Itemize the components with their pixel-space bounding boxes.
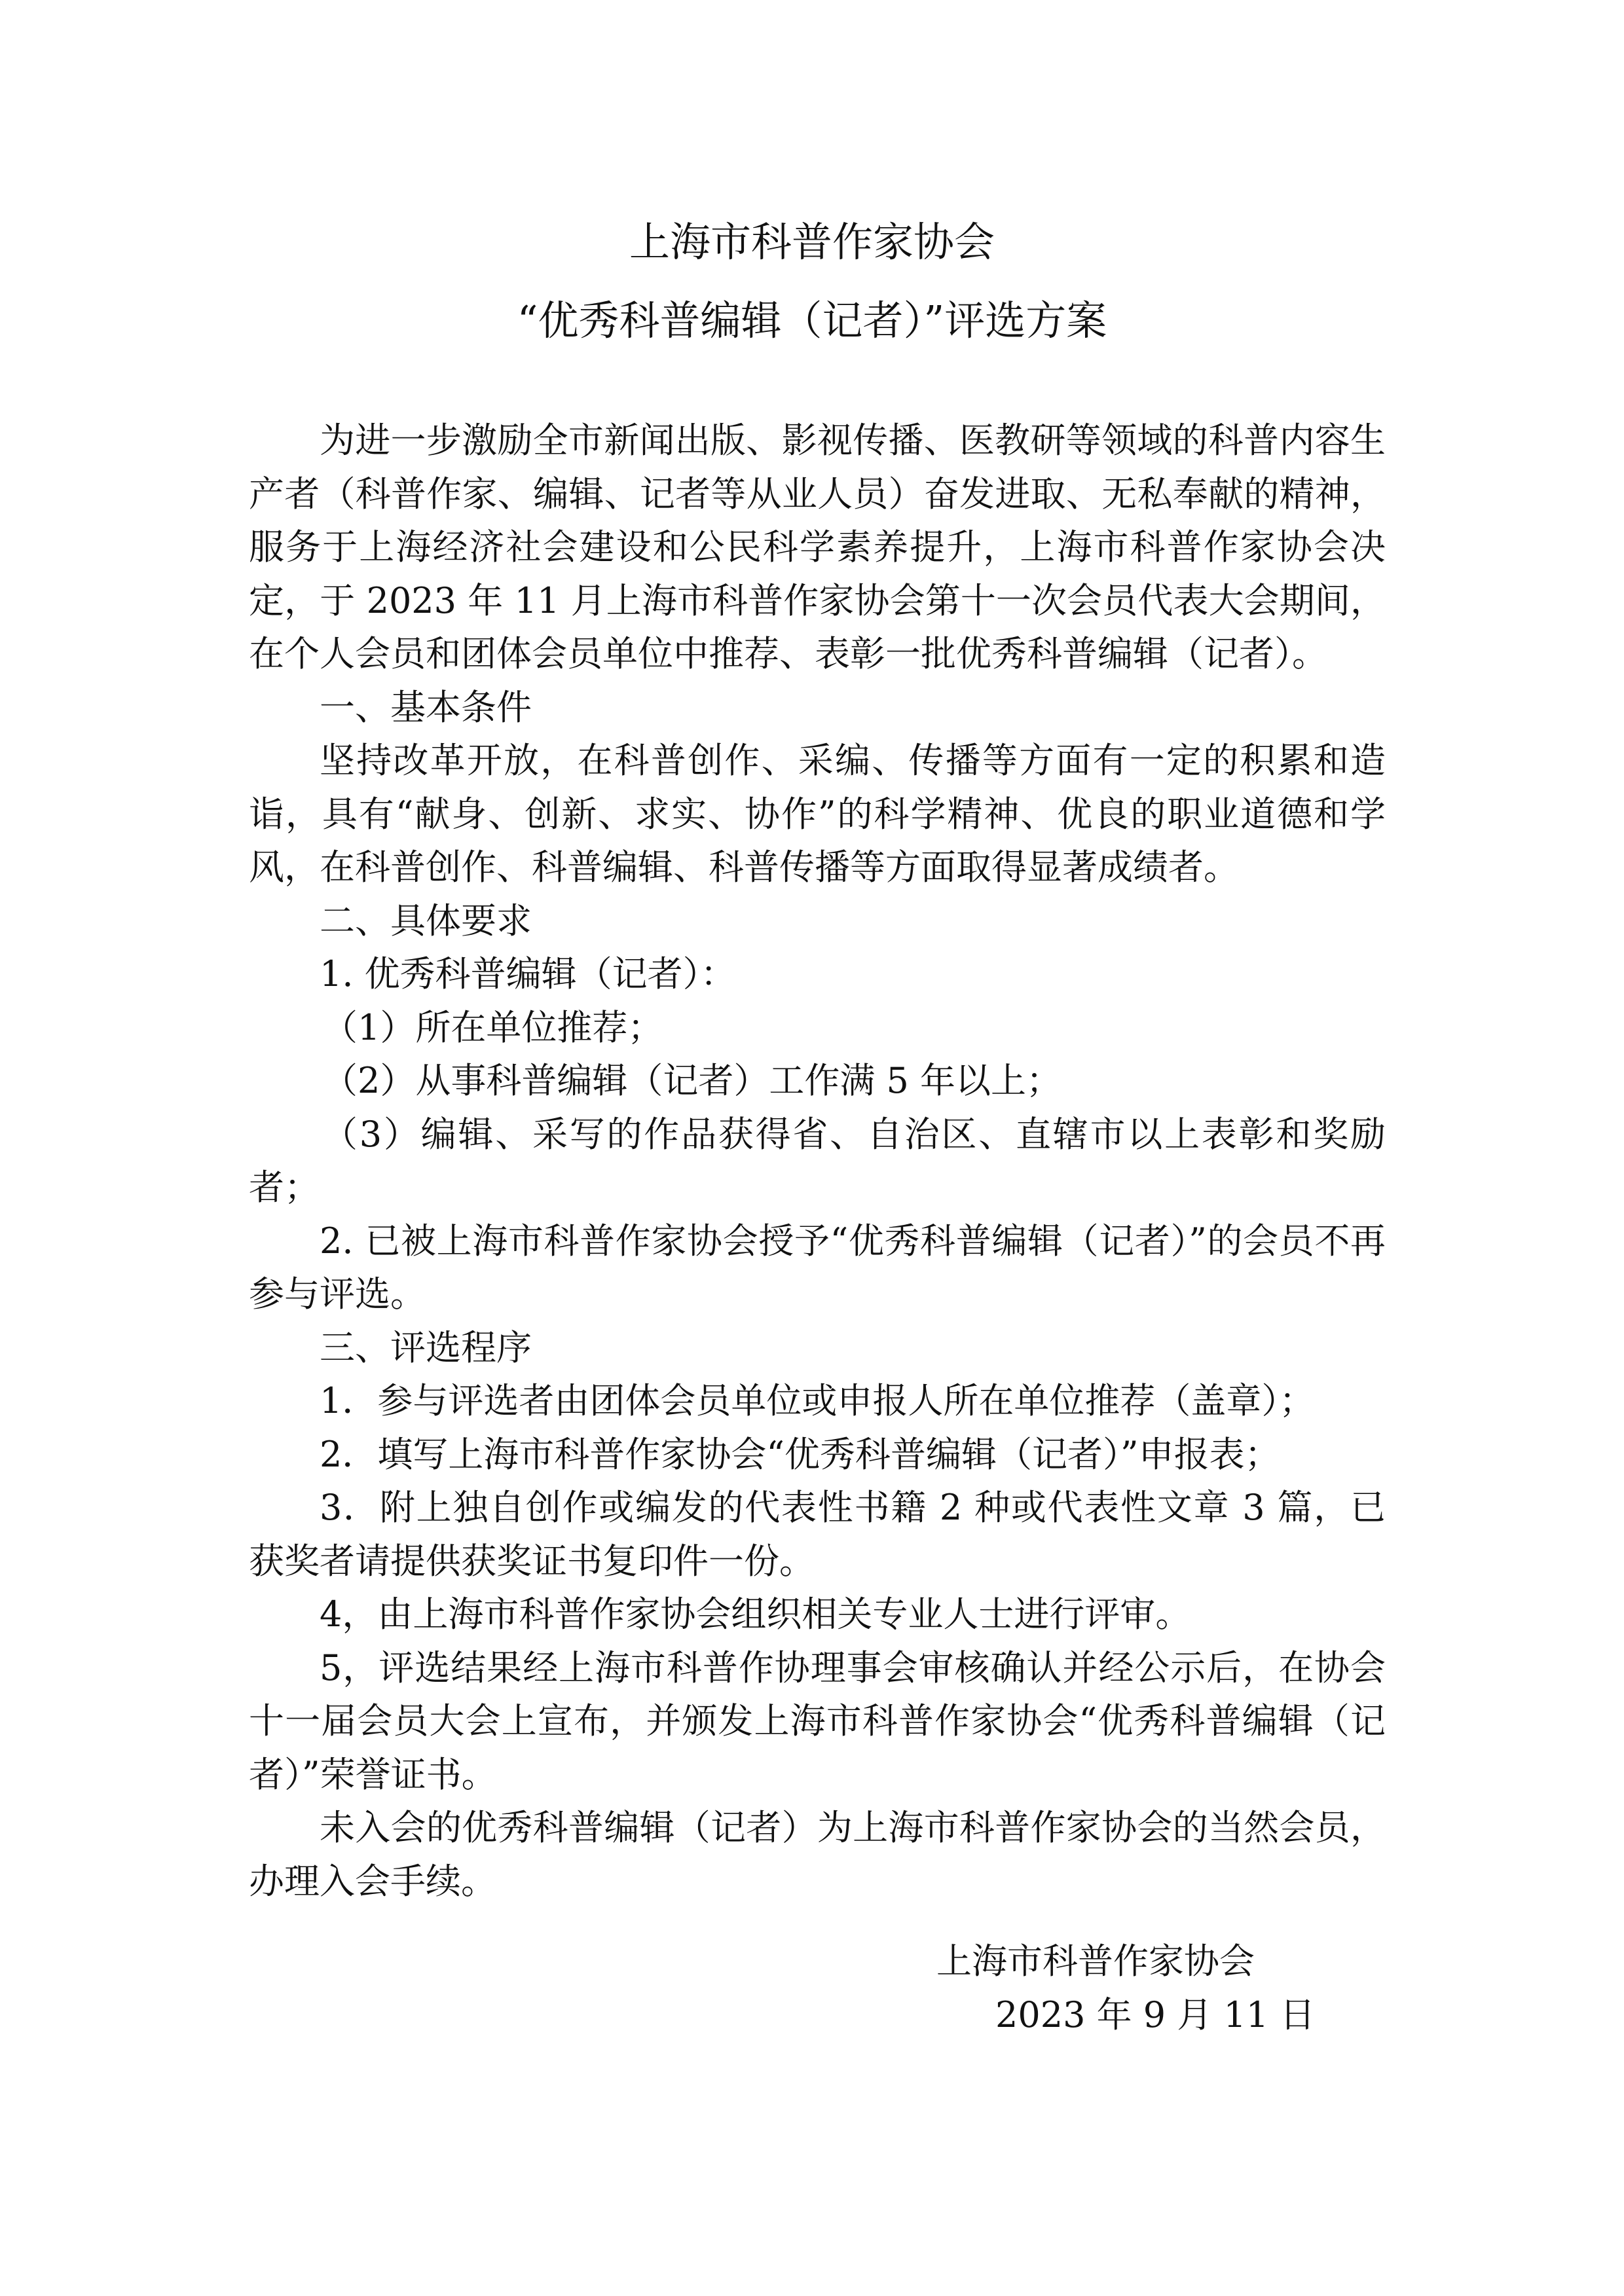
document-title-scheme: “优秀科普编辑（记者）”评选方案 bbox=[0, 295, 1624, 347]
procedure-step-3: 3．附上独自创作或编发的代表性书籍 2 种或代表性文章 3 篇，已获奖者请提供获… bbox=[249, 1481, 1386, 1588]
document-page: 上海市科普作家协会 “优秀科普编辑（记者）”评选方案 为进一步激励全市新闻出版、… bbox=[0, 0, 1624, 2296]
signature-organization: 上海市科普作家协会 bbox=[936, 1935, 1315, 1988]
basic-conditions-paragraph: 坚持改革开放，在科普创作、采编、传播等方面有一定的积累和造诣，具有“献身、创新、… bbox=[249, 734, 1386, 894]
section-heading-basic-conditions: 一、基本条件 bbox=[249, 681, 1386, 735]
signature-date: 2023 年 9 月 11 日 bbox=[936, 1988, 1315, 2042]
requirement-sub-3: （3）编辑、采写的作品获得省、自治区、直辖市以上表彰和奖励者； bbox=[249, 1108, 1386, 1214]
requirement-item-1: 1. 优秀科普编辑（记者）： bbox=[249, 947, 1386, 1001]
section-heading-requirements: 二、具体要求 bbox=[249, 894, 1386, 948]
requirement-sub-2: （2）从事科普编辑（记者）工作满 5 年以上； bbox=[249, 1054, 1386, 1108]
procedure-step-4: 4，由上海市科普作家协会组织相关专业人士进行评审。 bbox=[249, 1588, 1386, 1641]
intro-paragraph: 为进一步激励全市新闻出版、影视传播、医教研等领域的科普内容生产者（科普作家、编辑… bbox=[249, 414, 1386, 681]
document-title-organization: 上海市科普作家协会 bbox=[0, 216, 1624, 268]
procedure-step-5: 5，评选结果经上海市科普作协理事会审核确认并经公示后，在协会十一届会员大会上宣布… bbox=[249, 1641, 1386, 1802]
requirement-item-2: 2. 已被上海市科普作家协会授予“优秀科普编辑（记者）”的会员不再参与评选。 bbox=[249, 1214, 1386, 1321]
document-body: 为进一步激励全市新闻出版、影视传播、医教研等领域的科普内容生产者（科普作家、编辑… bbox=[249, 414, 1386, 1908]
requirement-sub-1: （1）所在单位推荐； bbox=[249, 1001, 1386, 1055]
section-heading-procedure: 三、评选程序 bbox=[249, 1321, 1386, 1375]
procedure-step-2: 2．填写上海市科普作家协会“优秀科普编辑（记者）”申报表； bbox=[249, 1428, 1386, 1482]
signature-block: 上海市科普作家协会 2023 年 9 月 11 日 bbox=[936, 1935, 1315, 2041]
closing-paragraph: 未入会的优秀科普编辑（记者）为上海市科普作家协会的当然会员，办理入会手续。 bbox=[249, 1801, 1386, 1908]
procedure-step-1: 1．参与评选者由团体会员单位或申报人所在单位推荐（盖章）； bbox=[249, 1374, 1386, 1428]
